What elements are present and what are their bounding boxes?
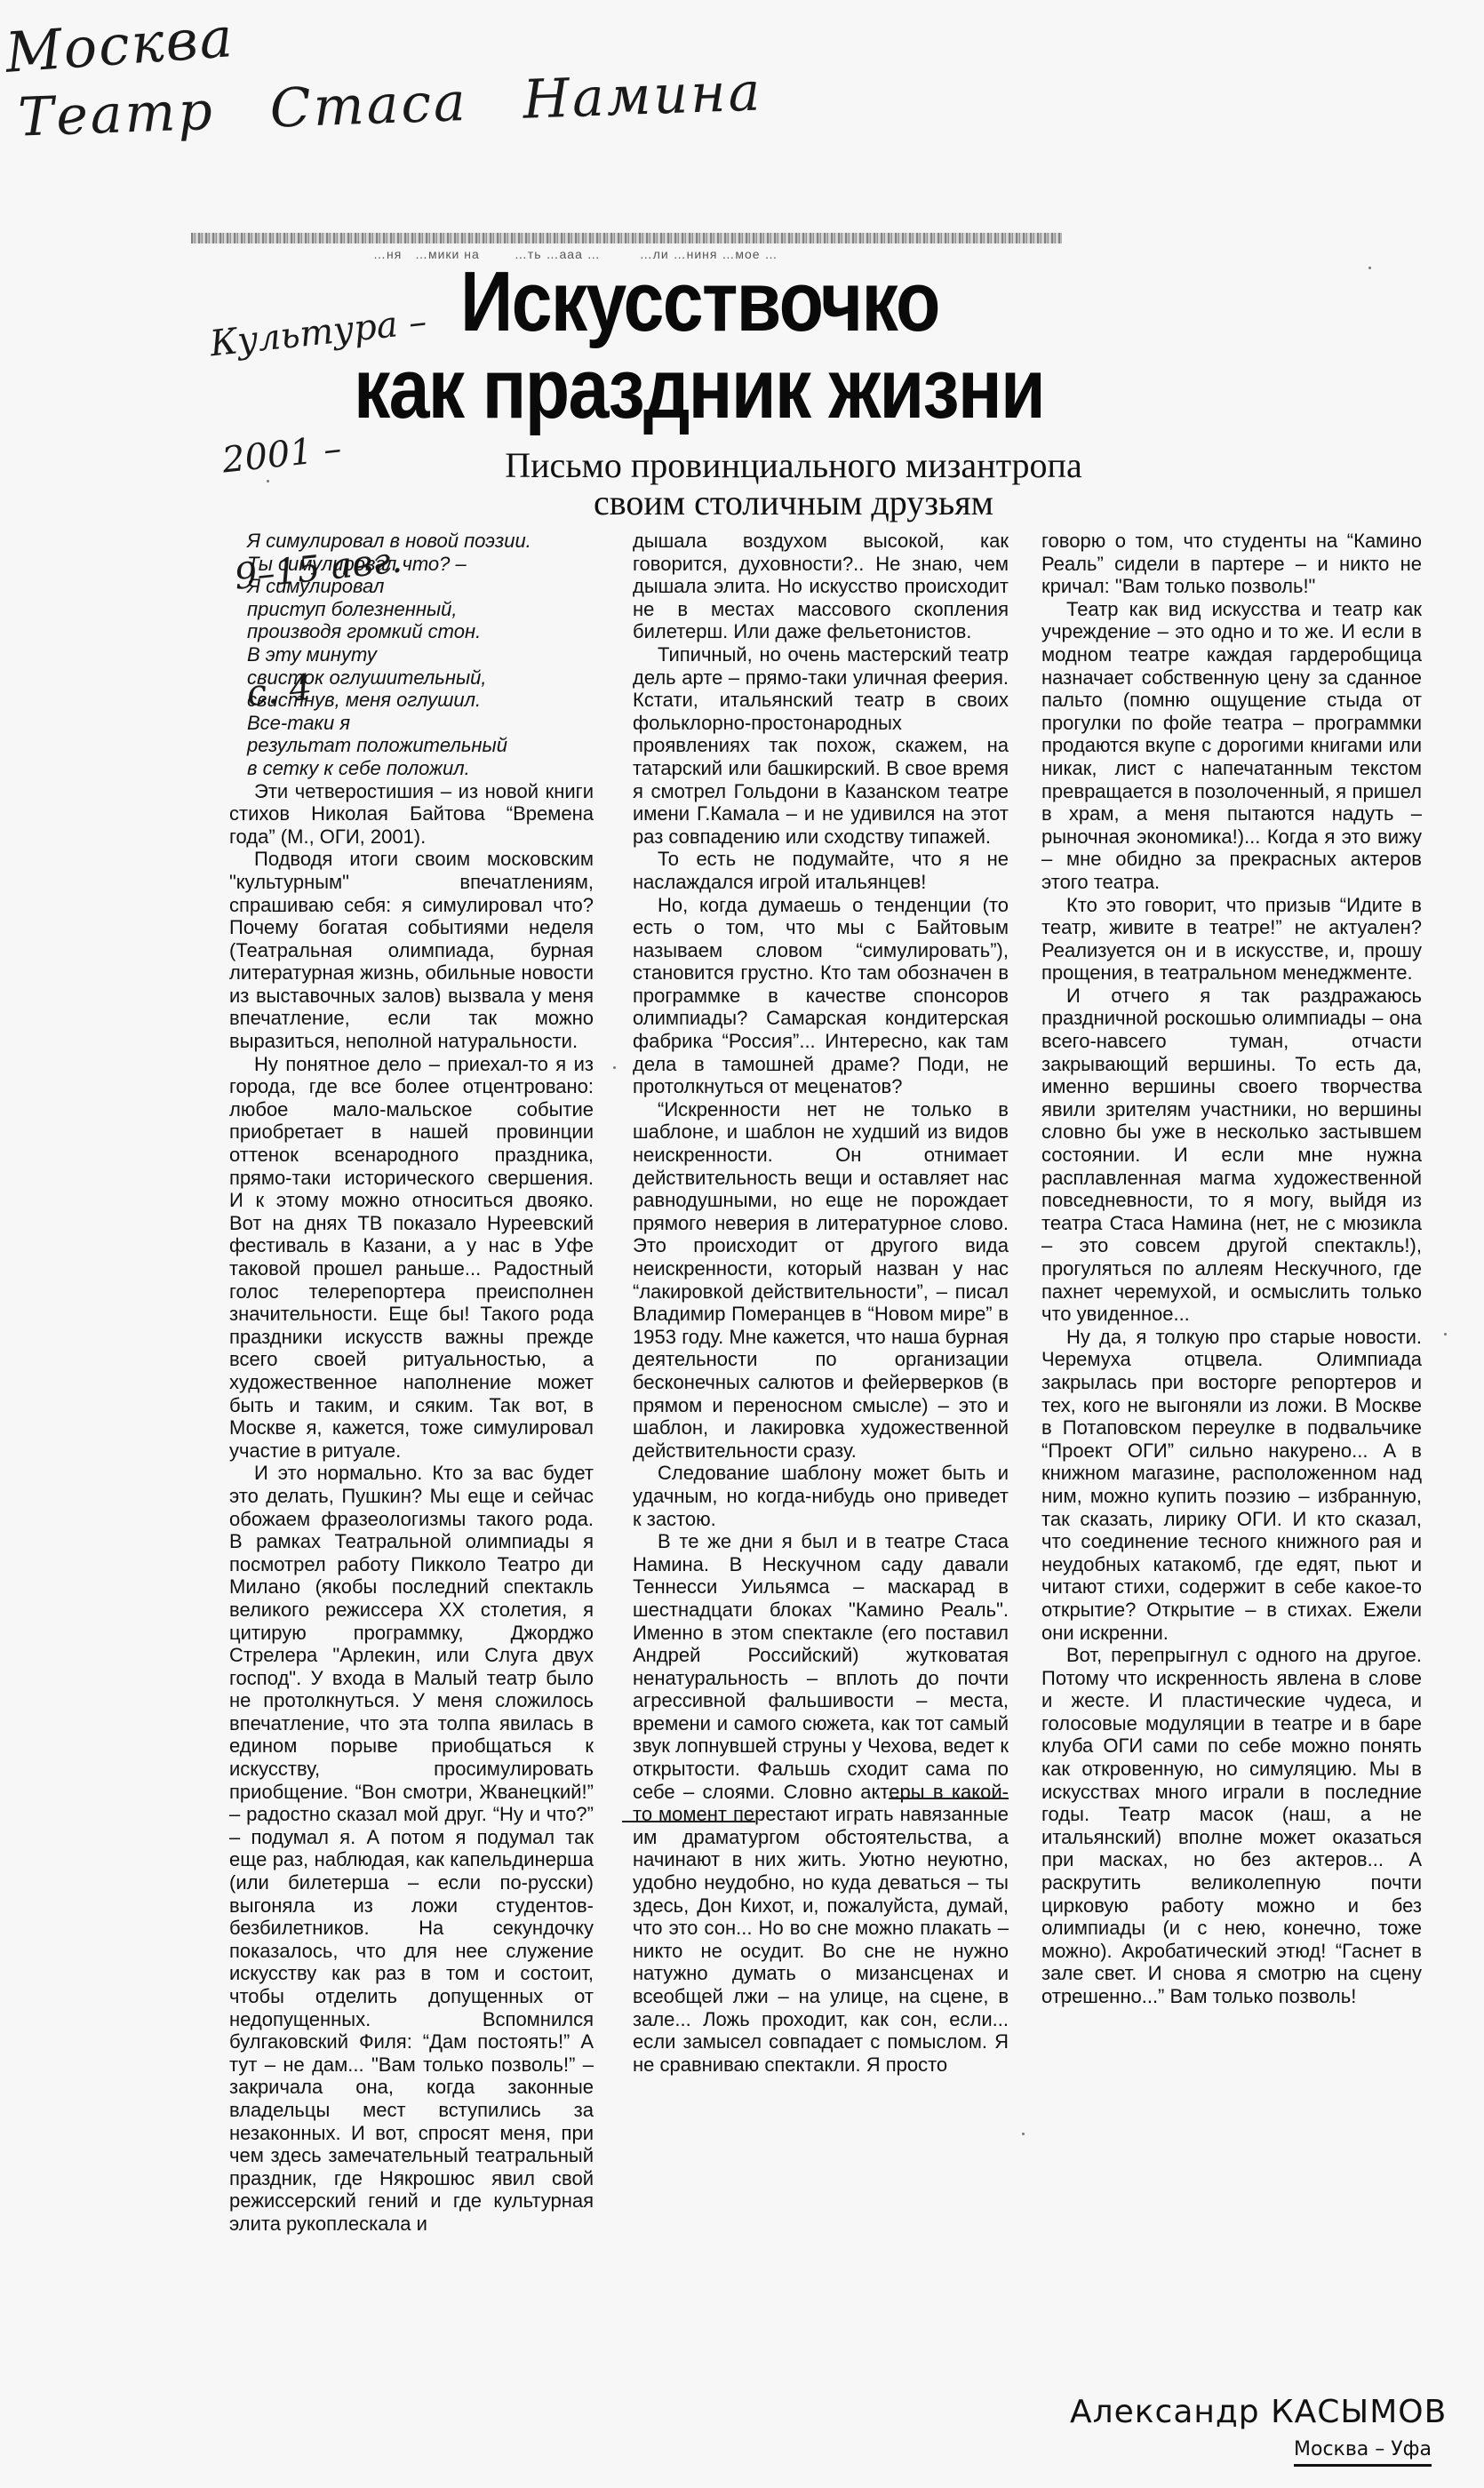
scan-speck — [1444, 1333, 1447, 1336]
paragraph: То есть не подумайте, что я не наслаждал… — [633, 848, 1009, 893]
paragraph: Кто это говорит, что призыв “Идите в теа… — [1041, 894, 1422, 985]
paragraph: Театр как вид искусства и театр как учре… — [1041, 598, 1422, 894]
epigraph-verse: Я симулировал в новой поэзии. Ты симулир… — [247, 530, 594, 780]
paragraph: дышала воздухом высокой, как говорится, … — [633, 530, 1009, 643]
author-byline: Александр КАСЫМОВ — [1070, 2394, 1447, 2430]
paragraph: Эти четверостишия – из новой книги стихо… — [229, 780, 594, 849]
handwritten-location-note: Москва — [4, 10, 235, 81]
paragraph: Подводя итоги своим московским "культурн… — [229, 848, 594, 1052]
scan-speck — [613, 1066, 616, 1069]
pen-underline-mark — [622, 1821, 755, 1822]
subheadline-line-1: Письмо провинциального мизантропа — [0, 446, 1484, 485]
author-location: Москва – Уфа — [1294, 2438, 1432, 2467]
paragraph: В те же дни я был и в театре Стаса Намин… — [633, 1530, 1009, 2076]
scan-speck — [267, 480, 269, 482]
subheadline-line-2: своим столичным друзьям — [0, 483, 1484, 522]
headline-line-2: как праздник жизни — [354, 340, 1484, 438]
pen-underline-mark — [889, 1798, 1009, 1799]
article-column-3: говорю о том, что студенты на “Камино Ре… — [1041, 530, 1422, 2008]
paragraph: Ну да, я толкую про старые новости. Чере… — [1041, 1326, 1422, 1644]
article-column-1: Я симулировал в новой поэзии. Ты симулир… — [229, 530, 594, 2236]
paragraph: И отчего я так раздражаюсь праздничной р… — [1041, 985, 1422, 1326]
article-column-2: дышала воздухом высокой, как говорится, … — [633, 530, 1009, 2076]
scan-speck — [1022, 2133, 1025, 2135]
paragraph: И это нормально. Кто за вас будет это де… — [229, 1462, 594, 2235]
paragraph: “Искренности нет не только в шаблоне, и … — [633, 1098, 1009, 1463]
paragraph: Вот, перепрыгнул с одного на другое. Пот… — [1041, 1644, 1422, 2008]
handwritten-subject-note: Театр Стаса Намина — [17, 65, 763, 144]
scan-speck — [1368, 267, 1371, 269]
paragraph: говорю о том, что студенты на “Камино Ре… — [1041, 530, 1422, 598]
paragraph: Но, когда думаешь о тенденции (то есть о… — [633, 894, 1009, 1098]
paragraph: Типичный, но очень мастерский театр дель… — [633, 643, 1009, 848]
paragraph: Ну понятное дело – приехал-то я из город… — [229, 1053, 594, 1463]
paragraph: Следование шаблону может быть и удачным,… — [633, 1462, 1009, 1530]
clipping-torn-edge — [191, 233, 1062, 243]
headline-line-1: Искусствочко — [460, 253, 1484, 351]
